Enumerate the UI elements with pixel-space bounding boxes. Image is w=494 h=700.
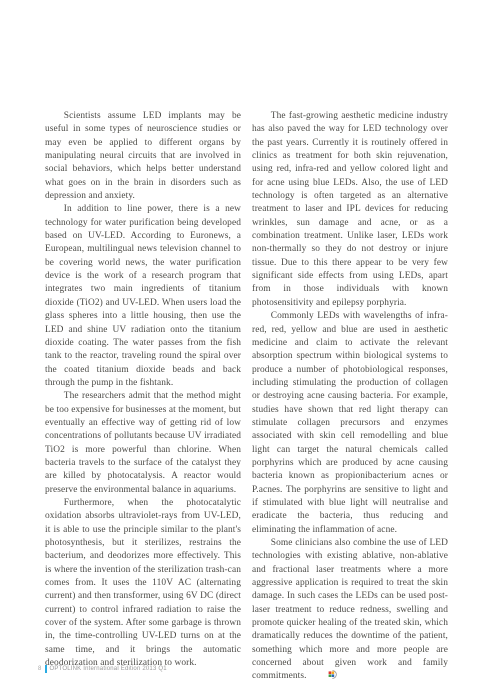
paragraph: Commonly LEDs with wavelengths of infra-… — [252, 310, 448, 537]
page-number: 8 — [38, 666, 42, 672]
page-footer: 8 OPTOLINK International Edition 2013 Q1 — [38, 665, 167, 673]
paragraph: The fast-growing aesthetic medicine indu… — [252, 110, 448, 310]
paragraph: The researchers admit that the method mi… — [45, 390, 241, 497]
footer-separator-bar — [45, 665, 47, 673]
right-column: The fast-growing aesthetic medicine indu… — [252, 110, 448, 684]
paragraph: In addition to line power, there is a ne… — [45, 203, 241, 390]
paragraph: Scientists assume LED implants may be us… — [45, 110, 241, 203]
end-of-article-logo-icon — [310, 670, 338, 679]
paragraph: Some clinicians also combine the use of … — [252, 537, 448, 684]
left-column: Scientists assume LED implants may be us… — [45, 110, 241, 684]
edition-label: OPTOLINK International Edition 2013 Q1 — [50, 666, 167, 672]
paragraph: Furthermore, when the photocatalytic oxi… — [45, 497, 241, 670]
article-body: Scientists assume LED implants may be us… — [45, 110, 448, 684]
magazine-page: Scientists assume LED implants may be us… — [0, 0, 494, 700]
paragraph-text: Some clinicians also combine the use of … — [252, 538, 448, 681]
